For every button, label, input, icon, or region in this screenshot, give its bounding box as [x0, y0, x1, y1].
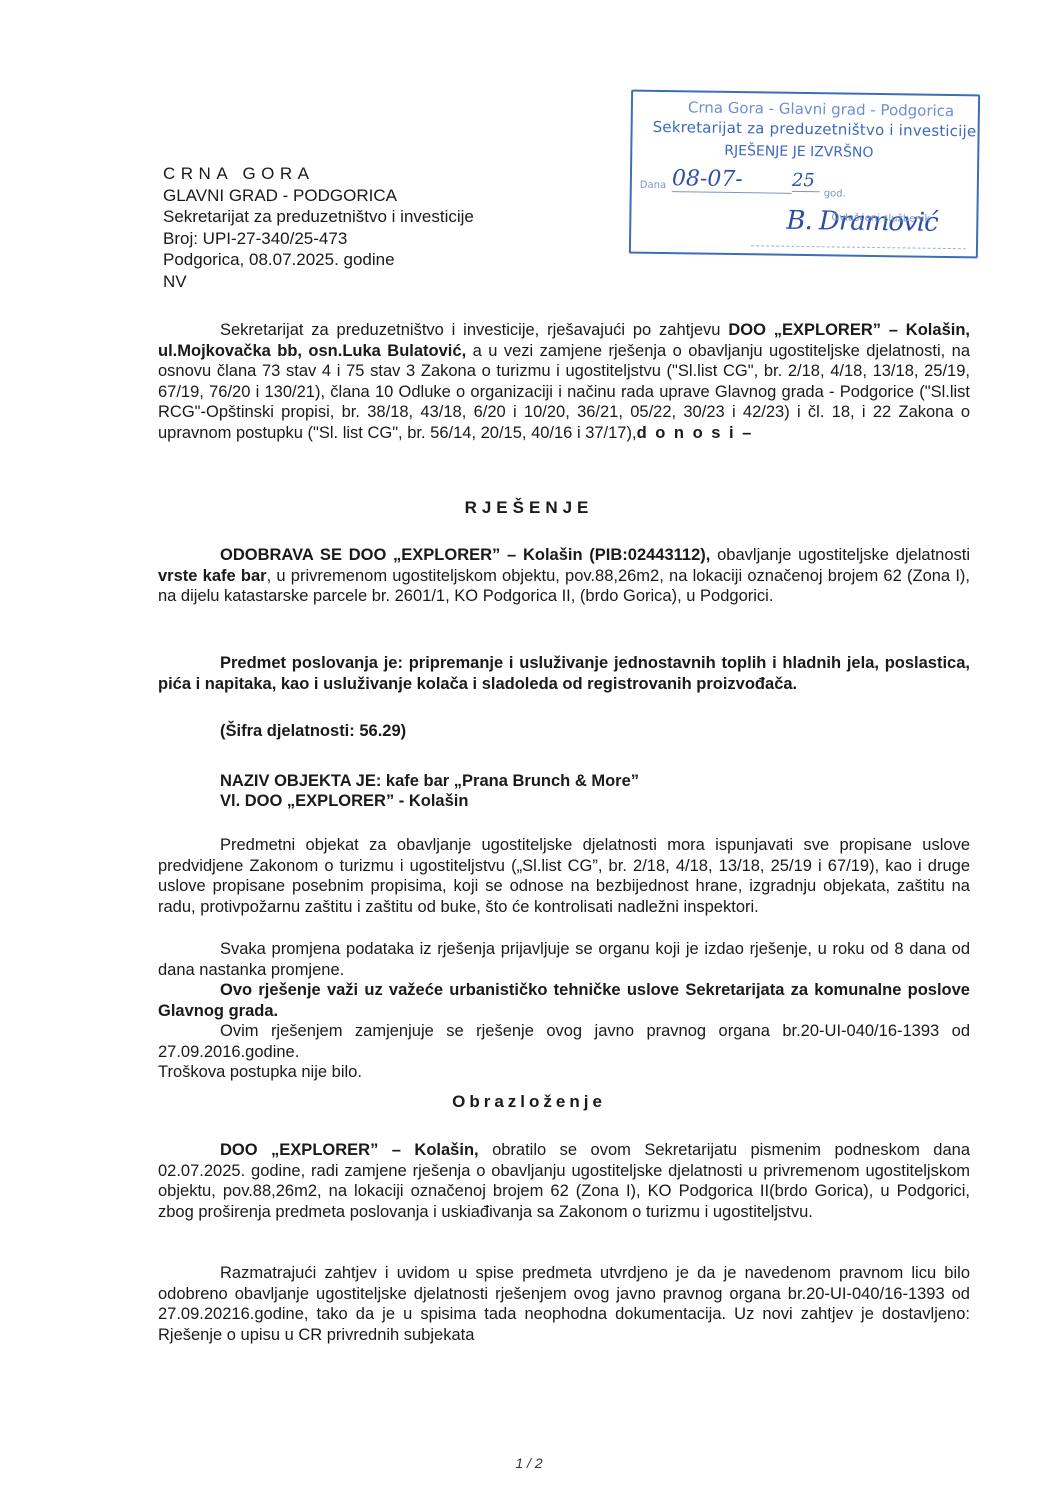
reasoning-paragraph-1: DOO „EXPLORER” – Kolašin, obratilo se ov…	[158, 1140, 970, 1222]
requirements-paragraph: Predmetni objekat za obavljanje ugostite…	[158, 835, 970, 917]
decision-approval-paragraph: ODOBRAVA SE DOO „EXPLORER” – Kolašin (PI…	[158, 545, 970, 607]
header-department: Sekretarijat za preduzetništvo i investi…	[163, 206, 474, 228]
costs-statement: Troškova postupka nije bilo.	[158, 1062, 362, 1083]
object-name: NAZIV OBJEKTA JE: kafe bar „Prana Brunch…	[220, 771, 639, 792]
validity-paragraph: Ovo rješenje važi uz važeće urbanističko…	[158, 980, 970, 1021]
document-page: Crna Gora - Glavni grad - Podgorica Sekr…	[0, 0, 1058, 1497]
stamp-official-label: Ovlašćeni službenik	[831, 212, 930, 224]
activity-code: (Šifra djelatnosti: 56.29)	[220, 721, 406, 742]
stamp-handwritten-year: 25	[792, 170, 820, 192]
header-case-number: Broj: UPI-27-340/25-473	[163, 228, 474, 250]
stamp-god-label: god.	[824, 188, 846, 199]
page-number: 1 / 2	[0, 1455, 1058, 1471]
decision-title: RJEŠENJE	[0, 498, 1058, 518]
stamp-line-status: RJEŠENJE JE IZVRŠNO	[724, 143, 873, 161]
object-owner: Vl. DOO „EXPLORER” - Kolašin	[220, 791, 468, 812]
stamp-handwritten-date: 08-07-	[672, 166, 792, 194]
intro-paragraph: Sekretarijat za preduzetništvo i investi…	[158, 320, 970, 443]
header-city: GLAVNI GRAD - PODGORICA	[163, 185, 474, 207]
signature-line	[751, 245, 966, 249]
business-scope-paragraph: Predmet poslovanja je: pripremanje i usl…	[158, 653, 970, 694]
stamp-line-department: Sekretarijat za preduzetništvo i investi…	[653, 118, 977, 141]
reasoning-title: Obrazloženje	[0, 1092, 1058, 1112]
header-country: CRNA GORA	[163, 163, 474, 185]
stamp-dana-label: Dana	[640, 180, 666, 191]
document-header: CRNA GORA GLAVNI GRAD - PODGORICA Sekret…	[163, 163, 474, 292]
enforceability-stamp: Crna Gora - Glavni grad - Podgorica Sekr…	[629, 90, 980, 259]
stamp-line-authority: Crna Gora - Glavni grad - Podgorica	[688, 98, 955, 120]
reasoning-paragraph-2: Razmatrajući zahtjev i uvidom u spise pr…	[158, 1263, 970, 1345]
header-initials: NV	[163, 271, 474, 293]
header-place-date: Podgorica, 08.07.2025. godine	[163, 249, 474, 271]
change-notice-paragraph: Svaka promjena podataka iz rješenja prij…	[158, 939, 970, 980]
replacement-paragraph: Ovim rješenjem zamjenjuje se rješenje ov…	[158, 1021, 970, 1062]
